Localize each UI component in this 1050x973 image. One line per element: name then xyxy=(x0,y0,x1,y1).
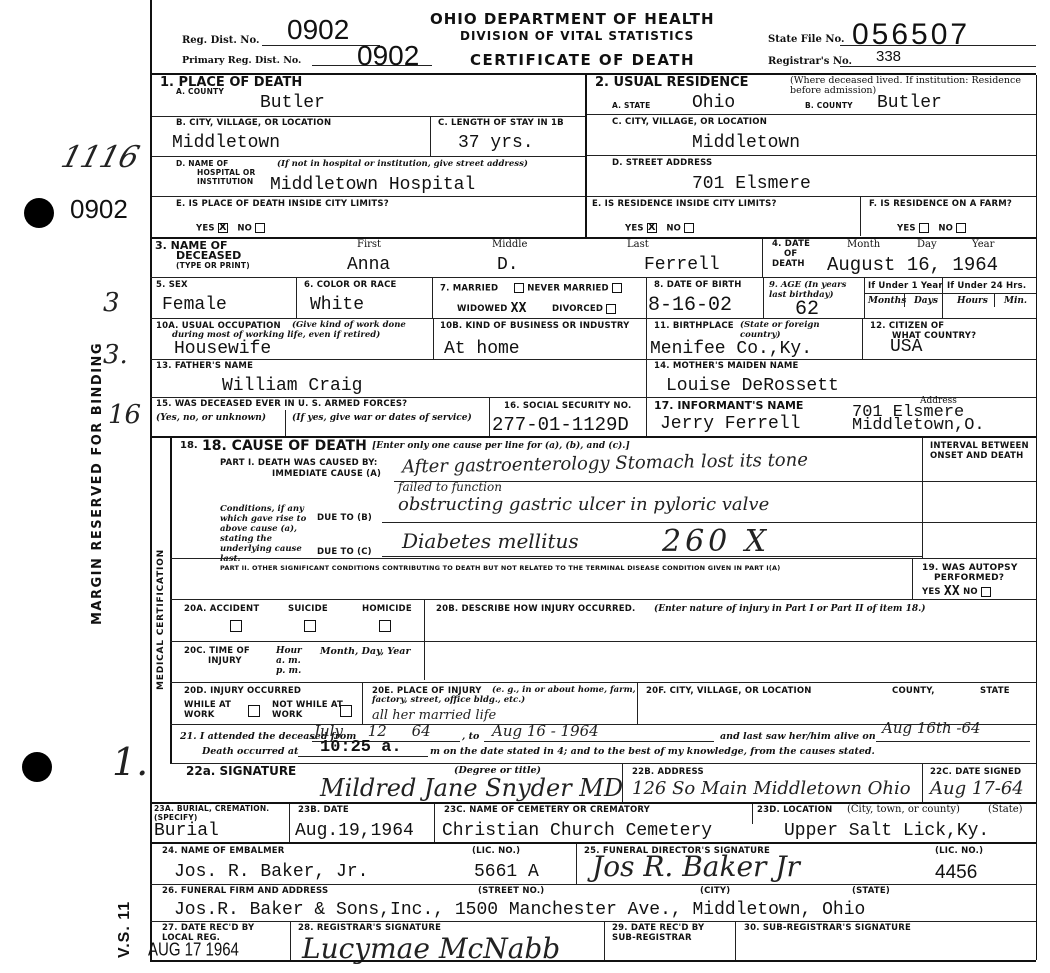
divider xyxy=(433,319,434,359)
burial-state-note: (State) xyxy=(988,804,1023,815)
burial-location-note: (City, town, or county) xyxy=(847,804,960,815)
divider xyxy=(942,278,943,318)
registrars-no-value: 338 xyxy=(876,48,901,65)
death-at-suffix: m on the date stated in 4; and to the be… xyxy=(430,746,875,757)
injury-occurred-label: 20d. INJURY OCCURRED xyxy=(184,686,301,696)
hours-label: Hours xyxy=(957,296,988,306)
due-b-label: DUE TO (b) xyxy=(317,513,372,523)
no-label: NO xyxy=(237,224,252,234)
immediate-label: IMMEDIATE CAUSE (a) xyxy=(272,469,381,479)
res-city-value[interactable]: Middletown xyxy=(692,133,800,153)
state-file-value: 056507 xyxy=(852,18,970,52)
dod-label-3: DEATH xyxy=(772,259,805,269)
informant-address-2[interactable]: Middletown,O. xyxy=(852,416,985,435)
physician-address-label: 22b. ADDRESS xyxy=(632,767,704,777)
margin-note-3a: 3 xyxy=(103,288,120,318)
under-1-year-label: If Under 1 Year xyxy=(868,281,943,291)
res-county-value[interactable]: Butler xyxy=(877,93,942,113)
cause-of-death-section: 18. 18. CAUSE OF DEATH [Enter only one c… xyxy=(172,438,1036,558)
res-farm-options[interactable]: YES NO xyxy=(897,223,966,234)
vitals-row: 5. SEX Female 6. COLOR OR RACE White 7. … xyxy=(152,278,1036,318)
yes-label: YES xyxy=(922,587,941,597)
margin-binding-text: MARGIN RESERVED FOR BINDING xyxy=(90,342,105,625)
divider xyxy=(904,293,905,307)
days-label: Days xyxy=(914,296,938,306)
department-title: OHIO DEPARTMENT OF HEALTH xyxy=(430,10,715,28)
due-c-value[interactable]: Diabetes mellitus xyxy=(402,529,579,553)
widowed-label: WIDOWED xyxy=(457,304,507,314)
sex-value[interactable]: Female xyxy=(162,295,227,315)
checkbox-married[interactable] xyxy=(514,283,524,293)
month-label: Month xyxy=(847,239,880,250)
divider xyxy=(646,278,647,318)
checkbox-yes[interactable] xyxy=(919,223,929,233)
death-time-value[interactable]: 10:25 a. xyxy=(320,738,402,757)
describe-injury-label: 20b. DESCRIBE HOW INJURY OCCURRED. xyxy=(436,604,635,614)
yes-label: YES xyxy=(897,224,916,234)
res-city-label: c. CITY, VILLAGE, OR LOCATION xyxy=(612,117,767,127)
divider xyxy=(587,155,1036,156)
birthplace-label: 11. BIRTHPLACE xyxy=(654,321,734,331)
father-label: 13. FATHER'S NAME xyxy=(156,361,253,371)
director-lic-label: (LIC. NO.) xyxy=(935,846,983,856)
margin-note-1: 1. xyxy=(112,740,148,784)
divider xyxy=(152,116,585,117)
due-b-value[interactable]: obstructing gastric ulcer in pyloric val… xyxy=(398,494,769,515)
registrars-no-underline xyxy=(840,66,1036,67)
divider xyxy=(864,293,1036,294)
primary-reg-dist-value: 0902 xyxy=(357,40,419,72)
immediate-cause-extra[interactable]: failed to function xyxy=(398,480,502,494)
dod-label-1: 4. DATE xyxy=(772,239,810,249)
form-id: V.S. 11 xyxy=(116,901,134,958)
am-label: a. m. xyxy=(276,656,301,666)
divider xyxy=(382,556,922,557)
embalmer-value[interactable]: Jos. R. Baker, Jr. xyxy=(174,862,368,882)
checkbox-accident[interactable] xyxy=(230,620,242,632)
burial-date-label: 23b. DATE xyxy=(298,805,349,815)
middle-name-value[interactable]: D. xyxy=(497,255,519,275)
funeral-firm-row: 26. FUNERAL FIRM AND ADDRESS (STREET NO.… xyxy=(152,885,1036,921)
divider xyxy=(604,922,605,960)
checkbox-autopsy-no[interactable] xyxy=(981,587,991,597)
firm-state-label: (STATE) xyxy=(852,886,890,896)
last-name-value[interactable]: Ferrell xyxy=(644,255,720,275)
cemetery-value[interactable]: Christian Church Cemetery xyxy=(442,821,712,841)
divider xyxy=(922,522,1036,523)
name-label-3: (TYPE OR PRINT) xyxy=(176,261,250,270)
citizen-label-1: 12. CITIZEN OF xyxy=(870,321,944,331)
to-label: , to xyxy=(462,731,479,742)
immediate-cause-value[interactable]: After gastroenterology Stomach lost its … xyxy=(402,449,808,477)
res-street-value[interactable]: 701 Elsmere xyxy=(692,174,811,194)
armed-label: 15. WAS DECEASED EVER IN U. S. ARMED FOR… xyxy=(156,399,407,409)
firm-label: 26. FUNERAL FIRM AND ADDRESS xyxy=(162,886,328,896)
dob-label: 8. DATE OF BIRTH xyxy=(654,280,742,290)
date-signed-label: 22c. DATE SIGNED xyxy=(930,767,1021,777)
middle-label: Middle xyxy=(492,239,527,250)
autopsy-label-1: 19. WAS AUTOPSY xyxy=(922,563,1018,573)
describe-injury-note: (Enter nature of injury in Part I or Par… xyxy=(654,604,926,614)
pod-city-value[interactable]: Middletown xyxy=(172,133,280,153)
checkbox-yes-checked[interactable]: X xyxy=(218,223,228,233)
embalmer-lic-label: (LIC. NO.) xyxy=(472,846,520,856)
ssn-value[interactable]: 277-01-1129D xyxy=(492,414,629,436)
under-24-hrs-label: If Under 24 Hrs. xyxy=(947,281,1026,291)
divider xyxy=(646,319,647,359)
divider xyxy=(763,278,764,318)
res-farm-label: f. IS RESIDENCE ON A FARM? xyxy=(869,199,1012,209)
pm-label: p. m. xyxy=(276,666,301,676)
homicide-label: HOMICIDE xyxy=(362,604,412,614)
pod-hospital-label-1: d. NAME OF xyxy=(176,159,228,168)
divider xyxy=(152,196,585,197)
pod-hospital-label-2: HOSPITAL OR xyxy=(197,168,255,177)
res-street-label: d. STREET ADDRESS xyxy=(612,158,712,168)
state-file-label: State File No. xyxy=(768,34,844,45)
res-state-label: a. STATE xyxy=(612,101,650,110)
last-label: Last xyxy=(627,239,649,250)
autopsy-options: YES XX NO xyxy=(922,586,991,597)
divider xyxy=(994,293,995,307)
married-label: 7. MARRIED xyxy=(440,284,498,294)
divider xyxy=(922,438,923,558)
father-value[interactable]: William Craig xyxy=(222,376,362,396)
no-label: NO xyxy=(666,224,681,234)
deceased-name-row: 3. NAME OF DECEASED (TYPE OR PRINT) Firs… xyxy=(152,239,1036,277)
yes-label: YES xyxy=(196,224,215,234)
punch-hole-top xyxy=(24,198,54,228)
divider xyxy=(434,804,435,842)
divider xyxy=(382,522,922,523)
division-title: DIVISION OF VITAL STATISTICS xyxy=(460,29,694,43)
widowed-mark[interactable]: XX xyxy=(511,303,527,314)
never-married-label: NEVER MARRIED xyxy=(527,284,609,294)
interval-label: INTERVAL BETWEEN ONSET AND DEATH xyxy=(930,441,1030,461)
pod-inside-city-yes[interactable]: YES X NO xyxy=(196,223,265,234)
time-of-injury-row: 20c. TIME OF INJURY Hour a. m. p. m. Mon… xyxy=(172,642,1036,682)
divider xyxy=(622,764,623,802)
divider xyxy=(735,922,736,960)
divider xyxy=(637,683,638,724)
informant-label: 17. INFORMANT'S NAME xyxy=(654,399,803,412)
hour-label: Hour xyxy=(276,646,302,656)
parents-row: 13. FATHER'S NAME William Craig 14. MOTH… xyxy=(152,360,1036,397)
year-label: Year xyxy=(972,239,994,250)
last-saw-label: and last saw her/him alive on xyxy=(720,731,876,742)
divider xyxy=(430,116,431,156)
checkbox-not-while-at-work[interactable] xyxy=(340,705,352,717)
date-signed-value[interactable]: Aug 17-64 xyxy=(930,778,1024,799)
injury-state-label: STATE xyxy=(980,686,1010,696)
pod-hospital-label-3: INSTITUTION xyxy=(197,177,253,186)
margin-area: 1116 0902 3 3. 16 MARGIN RESERVED FOR BI… xyxy=(0,0,150,973)
divider xyxy=(860,196,861,236)
divider xyxy=(646,398,647,436)
divider xyxy=(152,156,585,157)
checkbox-while-at-work[interactable] xyxy=(248,705,260,717)
embalmer-lic-value[interactable]: 5661 A xyxy=(474,862,539,882)
res-county-label: b. COUNTY xyxy=(805,101,853,110)
no-label: NO xyxy=(938,224,953,234)
frame-right-border xyxy=(1036,75,1037,960)
business-value[interactable]: At home xyxy=(444,339,520,359)
medical-cert-label: MEDICAL CERTIFICATION xyxy=(156,549,166,690)
residence-title: 2. USUAL RESIDENCE xyxy=(595,75,749,90)
race-label: 6. COLOR OR RACE xyxy=(304,280,397,290)
cemetery-label: 23c. NAME OF CEMETERY OR CREMATORY xyxy=(444,805,650,815)
divider xyxy=(864,278,865,318)
autopsy-label-2: PERFORMED? xyxy=(934,573,1004,583)
place-of-injury-note: (e. g., in or about home, farm, factory,… xyxy=(372,685,662,705)
attendance-section: 21. I attended the deceased from July 12… xyxy=(172,725,1036,763)
sub-registrar-sig-label: 30. SUB-REGISTRAR'S SIGNATURE xyxy=(744,923,911,933)
divider xyxy=(922,764,923,802)
marital-status-2: WIDOWED XX DIVORCED xyxy=(457,303,616,314)
divider xyxy=(752,804,753,824)
burial-location-label: 23d. LOCATION xyxy=(757,805,832,815)
checkbox-never-married[interactable] xyxy=(612,283,622,293)
occupation-note: (Give kind of work done during most of w… xyxy=(172,320,432,340)
res-inside-city-label: e. IS RESIDENCE INSIDE CITY LIMITS? xyxy=(592,199,777,209)
signature-section: 22a. SIGNATURE (Degree or title) Mildred… xyxy=(172,764,1036,804)
divider xyxy=(876,741,1030,742)
place-of-death-section: 1. PLACE OF DEATH a. COUNTY Butler b. CI… xyxy=(152,75,585,238)
armed-forces-row: 15. WAS DECEASED EVER IN U. S. ARMED FOR… xyxy=(152,398,1036,436)
director-signature[interactable]: Jos R. Baker Jr xyxy=(592,850,800,883)
due-c-label: DUE TO (c) xyxy=(317,547,372,557)
divider xyxy=(484,741,714,742)
citizen-value[interactable]: USA xyxy=(890,337,922,357)
reg-dist-value: 0902 xyxy=(287,14,349,46)
certificate-header: Reg. Dist. No. 0902 Primary Reg. Dist. N… xyxy=(152,0,1036,75)
sub-date-label: 29. DATE REC'D BY SUB-REGISTRAR xyxy=(612,923,727,943)
physician-signature[interactable]: Mildred Jane Snyder MD xyxy=(320,774,623,802)
margin-note-1116: 1116 xyxy=(57,140,143,175)
divider xyxy=(912,559,913,599)
injury-county-label: COUNTY, xyxy=(892,686,935,696)
mother-value[interactable]: Louise DeRossett xyxy=(666,376,839,396)
pod-city-label: b. CITY, VILLAGE, OR LOCATION xyxy=(176,118,331,128)
divider xyxy=(587,196,1036,197)
checkbox-suicide[interactable] xyxy=(304,620,316,632)
signature-label: 22a. SIGNATURE xyxy=(186,764,296,778)
margin-note-16: 16 xyxy=(108,400,141,430)
pod-county-value[interactable]: Butler xyxy=(260,93,325,113)
month-day-year-label: Month, Day, Year xyxy=(320,646,410,657)
injury-place-row: 20d. INJURY OCCURRED WHILE AT WORK NOT W… xyxy=(172,683,1036,724)
date-of-death-value[interactable]: August 16, 1964 xyxy=(827,254,998,276)
pod-hospital-note: (If not in hospital or institution, give… xyxy=(277,159,528,169)
burial-location-value[interactable]: Upper Salt Lick,Ky. xyxy=(784,821,989,841)
part2-label: PART II. OTHER SIGNIFICANT CONDITIONS CO… xyxy=(220,564,780,572)
margin-note-0902: 0902 xyxy=(70,194,128,225)
firm-street-no-label: (STREET NO.) xyxy=(478,886,544,896)
sex-label: 5. SEX xyxy=(156,280,188,290)
mother-label: 14. MOTHER'S MAIDEN NAME xyxy=(654,361,799,371)
firm-value[interactable]: Jos.R. Baker & Sons,Inc., 1500 Mancheste… xyxy=(174,900,865,920)
min-label: Min. xyxy=(1004,296,1027,306)
primary-reg-dist-label: Primary Reg. Dist. No. xyxy=(182,55,301,66)
dod-label-2: OF xyxy=(784,249,797,259)
business-label: 10b. KIND OF BUSINESS OR INDUSTRY xyxy=(440,321,630,331)
divider xyxy=(576,844,577,884)
pod-stay-value[interactable]: 37 yrs. xyxy=(458,133,534,153)
part2-row: PART II. OTHER SIGNIFICANT CONDITIONS CO… xyxy=(172,559,1036,599)
marital-status: 7. MARRIED NEVER MARRIED xyxy=(440,283,622,294)
conditions-note: Conditions, if any which gave rise to ab… xyxy=(220,504,310,564)
no-label: NO xyxy=(963,587,978,597)
embalmer-label: 24. NAME OF EMBALMER xyxy=(162,846,284,856)
usual-residence-section: 2. USUAL RESIDENCE (Where deceased lived… xyxy=(587,75,1036,238)
pod-hospital-value[interactable]: Middletown Hospital xyxy=(270,175,475,195)
divider xyxy=(362,683,363,724)
divider xyxy=(432,278,433,318)
armed-note-1: (Yes, no, or unknown) xyxy=(156,413,266,423)
burial-type-value[interactable]: Burial xyxy=(154,821,219,841)
dob-value[interactable]: 8-16-02 xyxy=(648,294,732,317)
certificate-title: CERTIFICATE OF DEATH xyxy=(470,51,695,69)
injury-type-row: 20a. ACCIDENT SUICIDE HOMICIDE 20b. DESC… xyxy=(172,600,1036,640)
firm-city-label: (CITY) xyxy=(700,886,730,896)
divider xyxy=(646,360,647,397)
divider xyxy=(290,922,291,960)
months-label: Months xyxy=(868,296,906,306)
pod-stay-label: c. LENGTH OF STAY IN 1b xyxy=(438,118,564,128)
divider xyxy=(587,114,1036,115)
yes-label: YES xyxy=(625,224,644,234)
registrar-row: 27. DATE REC'D BY LOCAL REG. AUG 17 1964… xyxy=(152,922,1036,960)
checkbox-no[interactable] xyxy=(255,223,265,233)
res-inside-city-options[interactable]: YES X NO xyxy=(625,223,694,234)
divider xyxy=(285,410,286,436)
divider xyxy=(289,804,290,842)
place-of-injury-value[interactable]: all her married life xyxy=(372,708,496,723)
attended-to-value[interactable]: Aug 16 - 1964 xyxy=(492,722,599,740)
last-saw-value[interactable]: Aug 16th -64 xyxy=(882,719,981,737)
time-of-injury-label-1: 20c. TIME OF xyxy=(184,646,250,656)
first-label: First xyxy=(357,239,381,250)
checkbox-no[interactable] xyxy=(684,223,694,233)
cause-instruction: [Enter only one cause per line for (a), … xyxy=(372,441,630,451)
first-name-value[interactable]: Anna xyxy=(347,255,390,275)
death-at-label: Death occurred at xyxy=(202,746,298,757)
burial-date-value[interactable]: Aug.19,1964 xyxy=(295,821,414,841)
armed-note-2: (If yes, give war or dates of service) xyxy=(292,413,472,423)
occupation-value[interactable]: Housewife xyxy=(174,339,271,359)
checkbox-homicide[interactable] xyxy=(379,620,391,632)
pod-county-label: a. COUNTY xyxy=(176,87,224,96)
injury-city-label: 20f. CITY, VILLAGE, OR LOCATION xyxy=(646,686,812,696)
day-label: Day xyxy=(917,239,937,250)
divider-bottom xyxy=(150,960,1036,962)
divider xyxy=(298,756,428,757)
pod-inside-city-label: e. IS PLACE OF DEATH INSIDE CITY LIMITS? xyxy=(176,199,389,209)
occupation-row: 10a. USUAL OCCUPATION (Give kind of work… xyxy=(152,319,1036,359)
margin-note-3b: 3. xyxy=(103,340,128,370)
divider xyxy=(296,278,297,318)
burial-row: 23a. BURIAL, CREMATION. (Specify) Burial… xyxy=(152,804,1036,842)
ssn-label: 16. SOCIAL SECURITY NO. xyxy=(504,401,631,411)
checkbox-yes-checked[interactable]: X xyxy=(647,223,657,233)
birthplace-note: (State or foreign country) xyxy=(740,320,855,340)
divider xyxy=(862,319,863,359)
director-lic-value[interactable]: 4456 xyxy=(935,862,977,884)
burial-type-label: 23a. BURIAL, CREMATION. (Specify) xyxy=(154,804,284,822)
accident-label: 20a. ACCIDENT xyxy=(184,604,259,614)
physician-address-value[interactable]: 126 So Main Middletown Ohio xyxy=(632,778,911,799)
while-at-work-label: WHILE AT WORK xyxy=(184,700,244,720)
part1-label: PART I. DEATH WAS CAUSED BY: xyxy=(220,458,377,468)
punch-hole-bottom xyxy=(22,752,52,782)
race-value[interactable]: White xyxy=(310,295,364,315)
res-state-value[interactable]: Ohio xyxy=(692,93,735,113)
checkbox-no[interactable] xyxy=(956,223,966,233)
informant-value[interactable]: Jerry Ferrell xyxy=(660,414,800,434)
age-label: 9. AGE (In years last birthday) xyxy=(769,280,864,300)
cause-title: 18. CAUSE OF DEATH xyxy=(180,438,367,454)
embalmer-row: 24. NAME OF EMBALMER Jos. R. Baker, Jr. … xyxy=(152,844,1036,884)
checkbox-divorced[interactable] xyxy=(606,304,616,314)
divider xyxy=(922,481,1036,482)
autopsy-yes-mark[interactable]: XX xyxy=(944,586,960,597)
divider xyxy=(762,239,763,277)
cause-code-mark: 260 X xyxy=(662,524,770,559)
birthplace-value[interactable]: Menifee Co.,Ky. xyxy=(650,339,812,359)
date-recd-stamp: AUG 17 1964 xyxy=(148,940,239,960)
divorced-label: DIVORCED xyxy=(552,304,603,314)
time-of-injury-label-2: INJURY xyxy=(208,656,242,666)
divider xyxy=(489,398,490,436)
suicide-label: SUICIDE xyxy=(288,604,328,614)
reg-dist-label: Reg. Dist. No. xyxy=(182,35,259,46)
